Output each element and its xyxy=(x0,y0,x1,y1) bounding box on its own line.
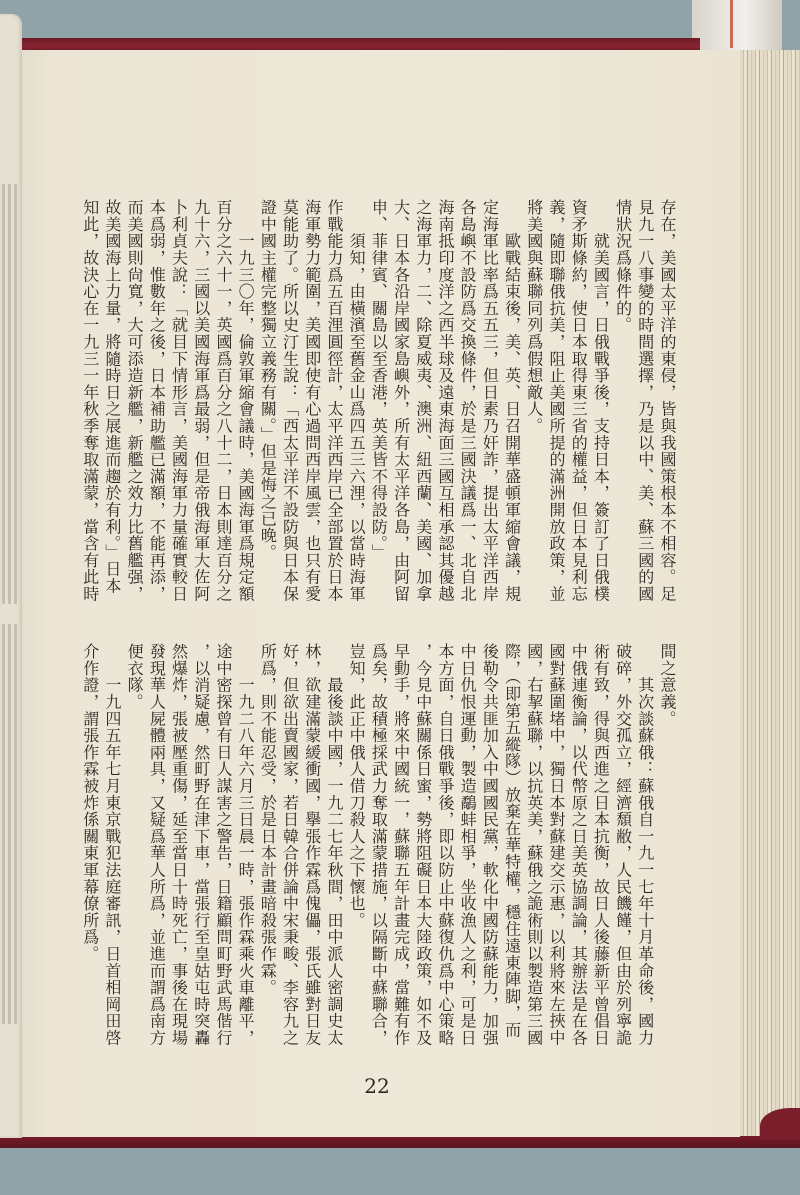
book-photo: 存在，美國太平洋的東侵，皆與我國策根本不相容。足 見九一八事變的時間選擇，乃是以… xyxy=(0,0,800,1195)
text-column: 定海軍比率爲五五三，但日素乃奸詐，提出太平洋西岸 xyxy=(478,199,500,609)
text-column: 申、菲律賓、關島以至香港，英美皆不得設防。」 xyxy=(367,199,389,609)
text-column: 爲矣，故積極採武力奪取滿蒙措施，以隔斷中蘇聯合， xyxy=(367,643,389,1053)
text-column: 證中國主權完整獨立義務有關。」但是悔之已晚。 xyxy=(256,199,278,609)
text-column: 知此，故決心在一九三一年秋季奪取滿蒙，當含有此時 xyxy=(79,199,101,609)
upper-text-block: 存在，美國太平洋的東侵，皆與我國策根本不相容。足 見九一八事變的時間選擇，乃是以… xyxy=(78,199,678,603)
text-column: 之海軍力，二、除夏威夷、澳洲、紐西蘭、美國、加拿 xyxy=(412,199,434,609)
page-clip xyxy=(692,0,782,56)
text-column: 發現華人屍體兩具，又疑爲華人所爲，並進而謂爲南方 xyxy=(145,643,167,1053)
text-column: 然爆炸，張被壓重傷，延至當日十時死亡，事後在現場 xyxy=(167,643,189,1053)
text-column: 一九三〇年，倫敦軍縮會議時，美國海軍爲規定額 xyxy=(234,199,256,609)
text-column: 際，（即第五縱隊）放棄在華特權，穩住遠東陣脚，而 xyxy=(500,643,522,1053)
text-column: 一九四五年七月東京戰犯法庭審訊，日首相岡田啓 xyxy=(101,643,123,1053)
text-column: 一九二八年六月三日晨一時，張作霖乘火車離平， xyxy=(234,643,256,1053)
text-column: 須知，由橫濱至舊金山爲四五三六浬，以當時海軍 xyxy=(345,199,367,609)
text-column: 後勒令共匪加入中國國民黨，軟化中國防蘇能力，加强 xyxy=(478,643,500,1053)
text-column: 莫能助了。所以史汀生說：「西太平洋不設防與日本保 xyxy=(278,199,300,609)
text-column: 而美國則尙寬，大可添造新艦，新艦之效力比舊艦强， xyxy=(123,199,145,609)
text-column: 介作證，謂張作霖被炸係關東軍幕僚所爲。 xyxy=(79,643,101,1053)
text-column: 資矛斯條約，使日本取得東三省的權益，但日本見利忘 xyxy=(567,199,589,609)
previous-page-faint-text xyxy=(2,184,18,604)
text-column: 好，但欲出賣國家，若日韓合併論中宋秉畯、李容九之 xyxy=(278,643,300,1053)
text-column: 所爲，則不能忍受，於是日本計畫暗殺張作霖。 xyxy=(256,643,278,1053)
text-column: 其次談蘇俄：蘇俄自一九一七年十月革命後，國力 xyxy=(634,643,656,1053)
text-column: 義，隨即聯俄抗美，阻止美國所提的滿洲開放政策，並 xyxy=(545,199,567,609)
text-column: ，以消疑慮，然町野在津下車，當張行至皇姑屯時突轟 xyxy=(190,643,212,1053)
text-column: 本爲弱，惟數年之後，日本補助艦已滿額，不能再添， xyxy=(145,199,167,609)
text-column: 林，欲建滿蒙緩衝國，擧張作霖爲傀儡，張氏雖對日友 xyxy=(301,643,323,1053)
text-column: 卜利貞夫說：「就目下情形言，美國海軍力量確實較日 xyxy=(167,199,189,609)
previous-page-edge xyxy=(0,14,22,1138)
page-stack-edge xyxy=(740,50,800,1136)
text-column: 大、日本各沿岸國家島嶼外，所有太平洋各島，由阿留 xyxy=(389,199,411,609)
text-column: 術有致，得與西進之日本抗衡，故日人後藤新平曾倡日 xyxy=(589,643,611,1053)
text-column: 最後談中國，一九二七年秋間，田中派人密調史太 xyxy=(323,643,345,1053)
text-column: 豈知，此正中俄人借刀殺人之下懷也。 xyxy=(345,643,367,1053)
text-column: 百分之六十一，英國爲百分之八十二，日本則達百分之 xyxy=(212,199,234,609)
text-column: 就美國言，日俄戰爭後，支持日本，簽訂了日俄樸 xyxy=(589,199,611,609)
previous-page-faint-text xyxy=(2,624,18,1024)
text-column: 破碎，外交孤立，經濟頹敝，人民饑饉，但由於列寧詭 xyxy=(611,643,633,1053)
text-column: 情狀況爲條件的。 xyxy=(611,199,633,609)
clip-stripe xyxy=(730,0,733,48)
text-column: 途中密探曾有日人謀害之警告，日籍顧問町野武馬偕行 xyxy=(212,643,234,1053)
text-column: 國對蘇圍堵中，獨日本對蘇建交示惠，以利將來左挾中 xyxy=(545,643,567,1053)
text-column: 早動手，將來中國統一，蘇聯五年計畫完成，當難有作 xyxy=(389,643,411,1053)
page-number: 22 xyxy=(357,1074,397,1098)
text-column: 故美國海上力量，將隨時日之展進而趨於有利。」日本 xyxy=(101,199,123,609)
text-column: 海軍勢力範圍，美國即使有心過問西岸風雲，也只有愛 xyxy=(301,199,323,609)
text-column: 存在，美國太平洋的東侵，皆與我國策根本不相容。足 xyxy=(656,199,678,609)
text-column: 國，右挈蘇聯，以抗英美，蘇俄之詭術則以製造第三國 xyxy=(523,643,545,1053)
text-column: 作戰能力爲五百浬圓徑計，太平洋西岸已全部置於日本 xyxy=(323,199,345,609)
text-column: 歐戰結束後，美、英、日召開華盛頓軍縮會議，規 xyxy=(500,199,522,609)
text-column: ，今見中蘇關係日蜜，勢將阻礙日本大陸政策，如不及 xyxy=(412,643,434,1053)
text-column: 中日仇恨運動，製造鷸蚌相爭，坐收漁人之利，可是日 xyxy=(456,643,478,1053)
text-column: 海南抵印度洋之西半球及遠東海面三國互相承認其優越 xyxy=(434,199,456,609)
text-column: 將美國與蘇聯同列爲假想敵人。 xyxy=(523,199,545,609)
text-column: 九十六，三國以美國海軍爲最弱，但是帝俄海軍大佐阿 xyxy=(190,199,212,609)
text-column: 本方面，自日俄戰爭後，即以防止中蘇復仇爲中心策略 xyxy=(434,643,456,1053)
lower-text-block: 間之意義。 其次談蘇俄：蘇俄自一九一七年十月革命後，國力 破碎，外交孤立，經濟頹… xyxy=(78,643,678,1047)
text-column: 見九一八事變的時間選擇，乃是以中、美、蘇三國的國 xyxy=(634,199,656,609)
text-column: 間之意義。 xyxy=(656,643,678,1053)
text-column: 各島嶼不設防爲交換條件，於是三國決議爲一、北自北 xyxy=(456,199,478,609)
text-column: 中俄連衡論，以代幣原之日美英協調論，其辦法是在各 xyxy=(567,643,589,1053)
text-column: 便衣隊。 xyxy=(123,643,145,1053)
